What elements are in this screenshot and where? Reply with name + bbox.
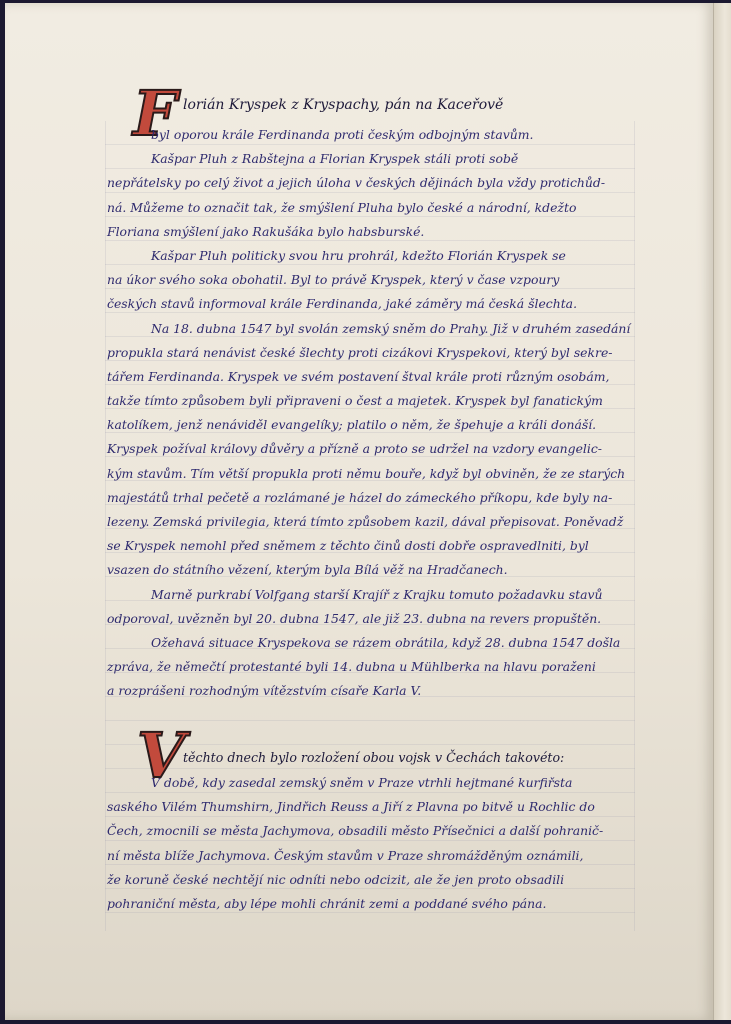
text-line: ná. Můžeme to označit tak, že smýšlení P… bbox=[107, 196, 635, 220]
text-line: nepřátelsky po celý život a jejich úloha… bbox=[107, 171, 635, 195]
text-line: V době, kdy zasedal zemský sněm v Praze … bbox=[107, 771, 635, 795]
text-line: majestátů trhal pečetě a rozlámané je há… bbox=[107, 486, 635, 510]
text-line: propukla stará nenávist české šlechty pr… bbox=[107, 341, 635, 365]
text-line: lezeny. Zemská privilegia, která tímto z… bbox=[107, 510, 635, 534]
text-line: tářem Ferdinanda. Kryspek ve svém postav… bbox=[107, 365, 635, 389]
text-line: kým stavům. Tím větší propukla proti něm… bbox=[107, 462, 635, 486]
text-line: vsazen do státního vězení, kterým byla B… bbox=[107, 558, 635, 582]
text-line: a rozprášeni rozhodným vítězstvím císaře… bbox=[107, 679, 635, 703]
text-line: Čech, zmocnili se města Jachymova, obsad… bbox=[107, 819, 635, 843]
text-line: Kašpar Pluh politicky svou hru prohrál, … bbox=[107, 244, 635, 268]
text-line: takže tímto způsobem byli připraveni o č… bbox=[107, 389, 635, 413]
text-line: se Kryspek nemohl před sněmem z těchto č… bbox=[107, 534, 635, 558]
text-line: zpráva, že němečtí protestanté byli 14. … bbox=[107, 655, 635, 679]
adjacent-page-edge bbox=[713, 3, 731, 1020]
section2-text-block: V době, kdy zasedal zemský sněm v Praze … bbox=[107, 771, 635, 916]
text-line: Floriana smýšlení jako Rakušáka bylo hab… bbox=[107, 220, 635, 244]
text-line: byl oporou krále Ferdinanda proti českým… bbox=[107, 123, 635, 147]
text-line: Ožehavá situace Kryspekova se rázem obrá… bbox=[107, 631, 635, 655]
text-line: odporoval, uvězněn byl 20. dubna 1547, a… bbox=[107, 607, 635, 631]
main-text-block: byl oporou krále Ferdinanda proti českým… bbox=[107, 123, 635, 704]
text-line: Kašpar Pluh z Rabštejna a Florian Kryspe… bbox=[107, 147, 635, 171]
text-line: katolíkem, jenž nenáviděl evangelíky; pl… bbox=[107, 413, 635, 437]
text-line: saského Vilém Thumshirn, Jindřich Reuss … bbox=[107, 795, 635, 819]
text-line: Kryspek požíval královy důvěry a přízně … bbox=[107, 437, 635, 461]
section-heading: těchto dnech bylo rozložení obou vojsk v… bbox=[183, 750, 564, 765]
text-line: Na 18. dubna 1547 byl svolán zemský sněm… bbox=[107, 317, 635, 341]
page-title: lorián Kryspek z Kryspachy, pán na Kaceř… bbox=[183, 97, 503, 113]
text-line: Marně purkrabí Volfgang starší Krajíř z … bbox=[107, 583, 635, 607]
text-line: pohraniční města, aby lépe mohli chránit… bbox=[107, 892, 635, 916]
text-line: na úkor svého soka obohatil. Byl to práv… bbox=[107, 268, 635, 292]
text-line: že koruně české nechtějí nic odníti nebo… bbox=[107, 868, 635, 892]
text-line: ní města blíže Jachymova. Českým stavům … bbox=[107, 844, 635, 868]
text-line: českých stavů informoval krále Ferdinand… bbox=[107, 292, 635, 316]
manuscript-page: F lorián Kryspek z Kryspachy, pán na Kac… bbox=[5, 3, 713, 1020]
